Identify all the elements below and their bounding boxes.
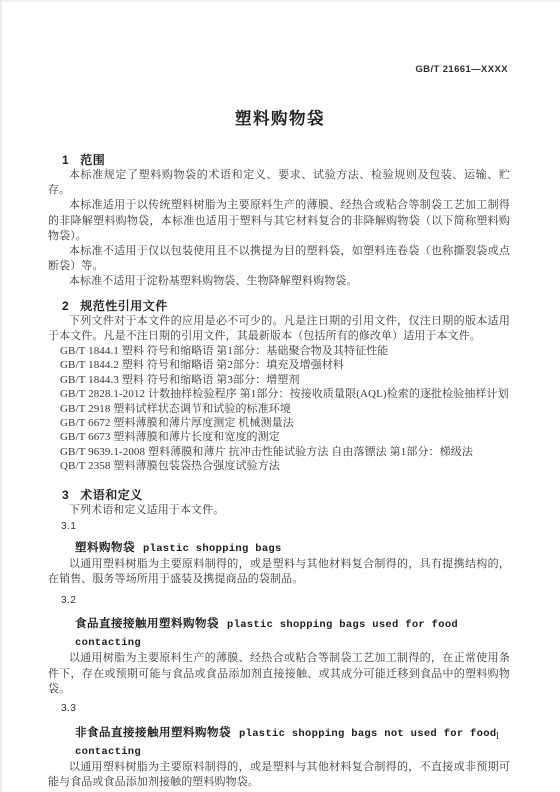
section-3-title: 术语和定义 xyxy=(80,488,143,502)
term-3-chinese: 非食品直接接触用塑料购物袋 xyxy=(75,727,231,739)
page-number: 1 xyxy=(495,731,500,742)
term-1-english: plastic shopping bags xyxy=(143,543,282,555)
term-1-number: 3.1 xyxy=(61,521,510,533)
term-3-definition: 以通用塑料树脂为主要原料制得的，或是塑料与其他材料复合制得的，不直接或非预期可能… xyxy=(48,760,510,790)
reference-item: GB/T 2918 塑料试样状态调节和试验的标准环境 xyxy=(60,402,510,416)
term-2-chinese: 食品直接接触用塑料购物袋 xyxy=(75,618,219,630)
section-2-number: 2 xyxy=(62,299,69,314)
term-3-number: 3.3 xyxy=(61,703,510,715)
reference-item: GB/T 1844.2 塑料 符号和缩略语 第2部分：填充及增强材料 xyxy=(60,358,510,372)
document-title: 塑料购物袋 xyxy=(0,108,560,130)
term-3-title: 非食品直接接触用塑料购物袋plastic shopping bags not u… xyxy=(75,724,510,760)
section-2-heading: 2规范性引用文件 xyxy=(62,299,510,314)
term-2-number: 3.2 xyxy=(61,595,510,607)
references-intro: 下列文件对于本文件的应用是必不可少的。凡是注日期的引用文件，仅注日期的版本适用于… xyxy=(48,314,510,344)
term-1-chinese: 塑料购物袋 xyxy=(75,542,135,554)
scope-paragraph-3: 本标准不适用于仅以包装使用且不以携提为目的塑料袋，如塑料连卷袋（也称撕裂袋或点断… xyxy=(48,244,510,274)
scope-paragraph-1: 本标准规定了塑料购物袋的术语和定义、要求、试验方法、检验规则及包装、运输、贮存。 xyxy=(48,168,510,198)
section-1-heading: 1范围 xyxy=(62,153,510,168)
reference-item: GB/T 6673 塑料薄膜和薄片长度和宽度的测定 xyxy=(60,430,510,444)
section-2-title: 规范性引用文件 xyxy=(80,299,168,313)
section-3-number: 3 xyxy=(62,488,69,503)
term-1-definition: 以通用塑料树脂为主要原料制得的，或是塑料与其他材料复合制得的，具有提携结构的，在… xyxy=(48,557,510,587)
reference-item: GB/T 9639.1-2008 塑料薄膜和薄片 抗冲击性能试验方法 自由落镖法… xyxy=(60,445,510,459)
references-list: GB/T 1844.1 塑料 符号和缩略语 第1部分：基础聚合物及其特征性能 G… xyxy=(60,344,510,474)
term-1-title: 塑料购物袋plastic shopping bags xyxy=(75,539,510,557)
section-3-heading: 3术语和定义 xyxy=(62,488,510,503)
scope-paragraph-4: 本标准不适用于淀粉基塑料购物袋、生物降解塑料购物袋。 xyxy=(48,274,510,289)
term-2-title: 食品直接接触用塑料购物袋plastic shopping bags used f… xyxy=(75,615,510,651)
term-2-definition: 以通用树脂为主要原料生产的薄膜、经热合或粘合等制袋工艺加工制得的，在正常使用条件… xyxy=(48,651,510,697)
section-1-title: 范围 xyxy=(80,153,105,167)
reference-item: GB/T 1844.1 塑料 符号和缩略语 第1部分：基础聚合物及其特征性能 xyxy=(60,344,510,358)
reference-item: QB/T 2358 塑料薄膜包装袋热合强度试验方法 xyxy=(60,459,510,473)
reference-item: GB/T 2828.1-2012 计数抽样检验程序 第1部分：按接收质量限(AQ… xyxy=(60,387,510,401)
reference-item: GB/T 6672 塑料薄膜和薄片厚度测定 机械测量法 xyxy=(60,416,510,430)
terms-intro: 下列术语和定义适用于本文件。 xyxy=(48,503,510,518)
section-1-number: 1 xyxy=(62,153,69,168)
document-page: GB/T 21661—XXXX 塑料购物袋 1范围 本标准规定了塑料购物袋的术语… xyxy=(0,0,560,792)
reference-item: GB/T 1844.3 塑料 符号和缩略语 第3部分：增塑剂 xyxy=(60,373,510,387)
page-body: 1范围 本标准规定了塑料购物袋的术语和定义、要求、试验方法、检验规则及包装、运输… xyxy=(0,153,560,790)
standard-code-header: GB/T 21661—XXXX xyxy=(0,0,560,76)
scope-paragraph-2: 本标准适用于以传统塑料树脂为主要原料生产的薄膜、经热合或粘合等制袋工艺加工制得的… xyxy=(48,198,510,244)
